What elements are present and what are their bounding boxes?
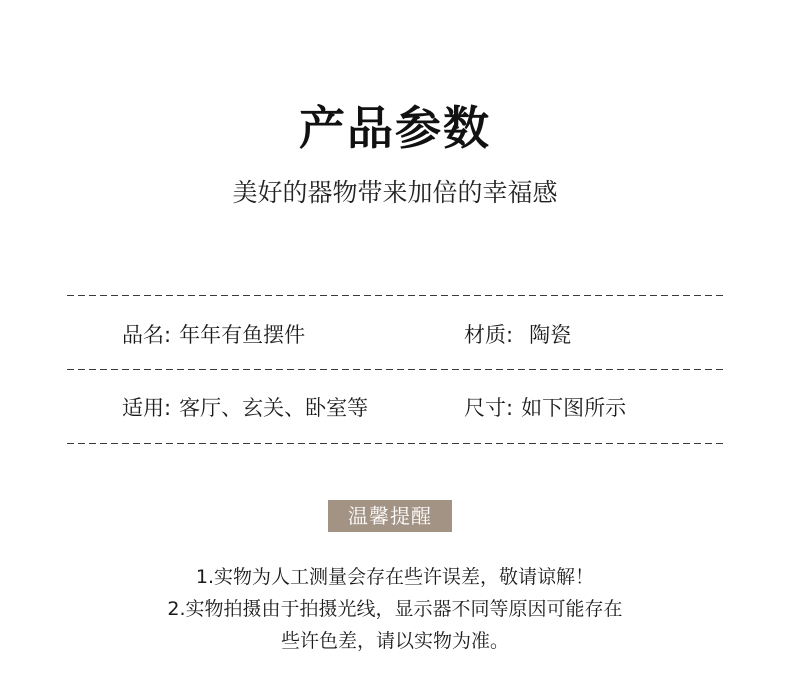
- notice-line-2: 2.实物拍摄由于拍摄光线，显示器不同等原因可能存在: [0, 593, 790, 625]
- param-value: 客厅、玄关、卧室等: [179, 396, 368, 420]
- notice-line-3: 些许色差，请以实物为准。: [0, 625, 790, 657]
- param-value: 如下图所示: [521, 396, 626, 420]
- divider-middle: [67, 369, 724, 370]
- page-subtitle: 美好的器物带来加倍的幸福感: [0, 176, 790, 210]
- param-size: 尺寸:如下图所示: [464, 388, 626, 428]
- param-label: 适用:: [122, 396, 171, 420]
- divider-bottom: [67, 443, 724, 444]
- param-label: 品名:: [122, 323, 171, 347]
- page-title: 产品参数: [0, 98, 790, 158]
- param-value: 陶瓷: [529, 323, 571, 347]
- notice-line-1: 1.实物为人工测量会存在些许误差，敬请谅解！: [0, 561, 790, 593]
- divider-top: [67, 295, 724, 296]
- param-label: 尺寸:: [464, 396, 513, 420]
- param-usage: 适用:客厅、玄关、卧室等: [122, 388, 368, 428]
- param-material: 材质:陶瓷: [464, 315, 571, 355]
- notice-text: 1.实物为人工测量会存在些许误差，敬请谅解！ 2.实物拍摄由于拍摄光线，显示器不…: [0, 561, 790, 657]
- param-label: 材质:: [464, 323, 513, 347]
- param-name: 品名:年年有鱼摆件: [122, 315, 305, 355]
- param-row-2: 适用:客厅、玄关、卧室等 尺寸:如下图所示: [0, 388, 790, 428]
- notice-badge: 温馨提醒: [328, 500, 452, 532]
- param-row-1: 品名:年年有鱼摆件 材质:陶瓷: [0, 315, 790, 355]
- param-value: 年年有鱼摆件: [179, 323, 305, 347]
